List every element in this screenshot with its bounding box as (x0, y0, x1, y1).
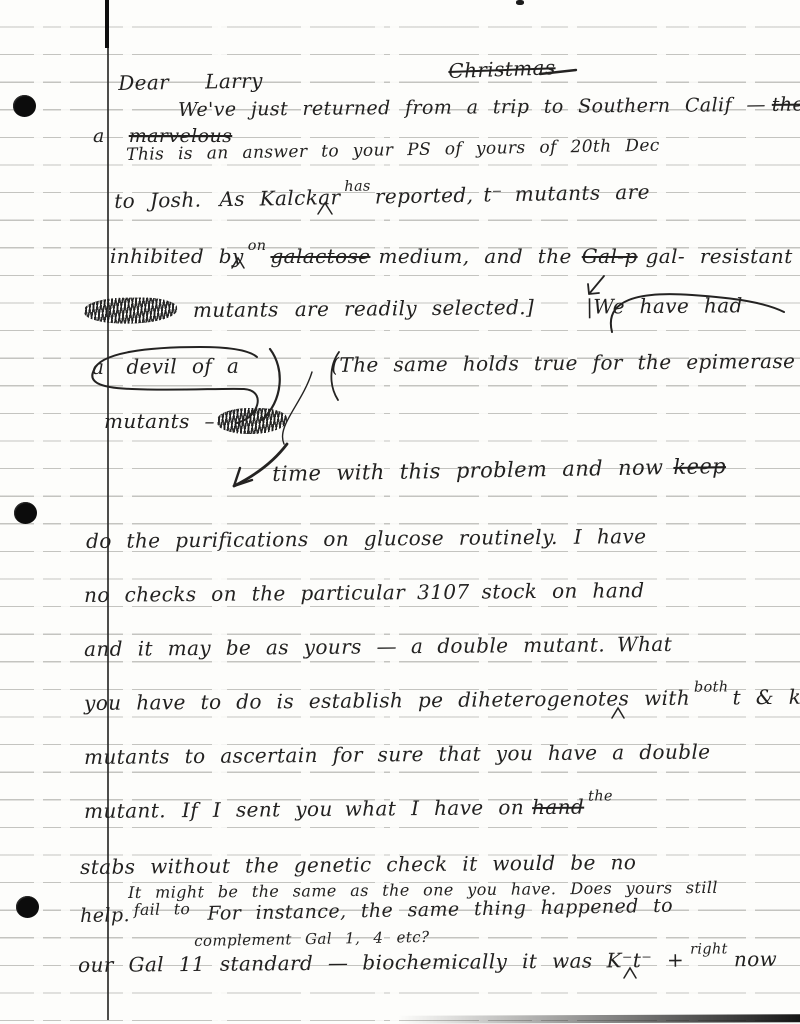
handwritten-line: help.fail toFor instance, the same thing… (80, 896, 673, 928)
text-segment: t & k (732, 685, 800, 710)
text-segment: gal- resistant (646, 244, 793, 268)
text-segment: inhibited by (110, 244, 244, 268)
text-segment: a (93, 125, 105, 147)
text-segment: mutants (193, 297, 279, 322)
handwritten-line: do the purifications on glucose routinel… (86, 525, 647, 553)
text-segment: stabs without the genetic check it would… (80, 850, 636, 879)
handwritten-line: mutants to ascertain for sure that you h… (84, 741, 711, 769)
text-segment: double mutant. (437, 632, 605, 657)
text-segment: If I sent you (182, 797, 333, 822)
text-segment: What (617, 632, 672, 656)
text-segment: galactose (270, 244, 370, 268)
handwritten-line: to Josh.As Kalckarhasreported,t⁻mutants … (114, 181, 650, 213)
text-segment: complement Gal 1, 4 etc? (194, 928, 430, 950)
text-segment: 3107 (417, 580, 470, 604)
handwritten-line: illegiblemutantsare readily selected.]|W… (84, 294, 743, 323)
handwritten-line: and it may be as yours —adouble mutant.W… (84, 633, 672, 661)
text-segment: Dear (118, 70, 169, 95)
text-segment: Gal-p (582, 244, 638, 268)
text-segment: As Kalckar (219, 185, 341, 211)
handwritten-line: adevil of a(The same holds true for the … (92, 350, 795, 379)
text-segment: |We have had (586, 293, 743, 318)
handwritten-line: no checks on the particular3107stock on … (84, 579, 645, 607)
handwritten-line: time with this problem and nowkeep (272, 454, 726, 486)
text-segment: to Josh. (114, 187, 202, 213)
text-segment: mutants to ascertain for sure that you h… (84, 740, 711, 769)
greeting-line: DearLarry (118, 69, 263, 95)
text-segment: Larry (205, 68, 263, 93)
text-segment: hand (532, 795, 584, 819)
text-segment: our Gal 11 standard — (78, 951, 348, 977)
text-segment: biochemically it was (362, 949, 592, 975)
text-segment: now (734, 947, 777, 971)
text-segment: are readily selected.] (295, 295, 535, 321)
text-segment: reported, (375, 183, 474, 209)
text-segment: do the purifications on glucose routinel… (86, 525, 558, 553)
text-segment: mutant. (84, 798, 166, 823)
text-segment: Christmas (448, 55, 556, 83)
text-segment: a (411, 634, 424, 658)
text-segment: time with this problem and now (272, 455, 664, 486)
scribbled-out-word: illegible (84, 297, 177, 324)
text-segment: medium, and the (378, 244, 571, 268)
text-segment: We've just returned from a trip to South… (178, 94, 766, 121)
text-segment: the (772, 94, 800, 116)
inserted-word-christmas: Christmas (448, 56, 556, 83)
handwritten-line: complement Gal 1, 4 etc? (194, 929, 430, 950)
handwritten-line: We've just returned from a trip to South… (178, 95, 800, 122)
handwritten-line: mutants –which (104, 410, 287, 433)
text-segment: the (588, 788, 613, 805)
scanned-letter-page: { "document": { "kind": "handwritten let… (0, 0, 800, 1024)
handwritten-line: our Gal 11 standard —biochemically it wa… (78, 948, 777, 977)
text-segment: devil of a (126, 354, 239, 379)
handwriting-layer: DearLarryChristmasWe've just returned fr… (0, 0, 800, 1024)
text-segment: you have to do is establish pe diheterog… (84, 686, 690, 715)
text-segment: a (92, 355, 105, 379)
text-segment: K⁻t⁻ + (606, 948, 684, 973)
text-segment: has (344, 179, 371, 196)
text-segment: and it may be as yours — (84, 634, 397, 661)
handwritten-line: inhibited byongalactosemedium, and theGa… (110, 245, 793, 268)
handwritten-line: stabs without the genetic check it would… (80, 851, 636, 879)
text-segment: what I have on (345, 795, 525, 821)
text-segment: no checks on the particular (84, 580, 405, 607)
text-segment: fail to (134, 901, 191, 920)
text-segment: I have (574, 524, 647, 549)
text-segment: both (694, 679, 729, 696)
text-segment: on (248, 238, 267, 255)
text-segment: right (690, 941, 728, 958)
text-segment: help. (80, 904, 130, 927)
text-segment: keep (673, 454, 726, 479)
handwritten-line: mutant.If I sent youwhat I have onhandth… (84, 795, 617, 823)
text-segment: t⁻ (483, 182, 503, 206)
scribbled-out-word: which (217, 408, 287, 434)
text-segment: stock on hand (481, 578, 644, 603)
handwritten-line: you have to do is establish pe diheterog… (84, 686, 800, 715)
text-segment: mutants are (515, 180, 650, 206)
text-segment: (The same holds true for the epimerase (331, 349, 795, 377)
text-segment: mutants – (104, 409, 215, 433)
